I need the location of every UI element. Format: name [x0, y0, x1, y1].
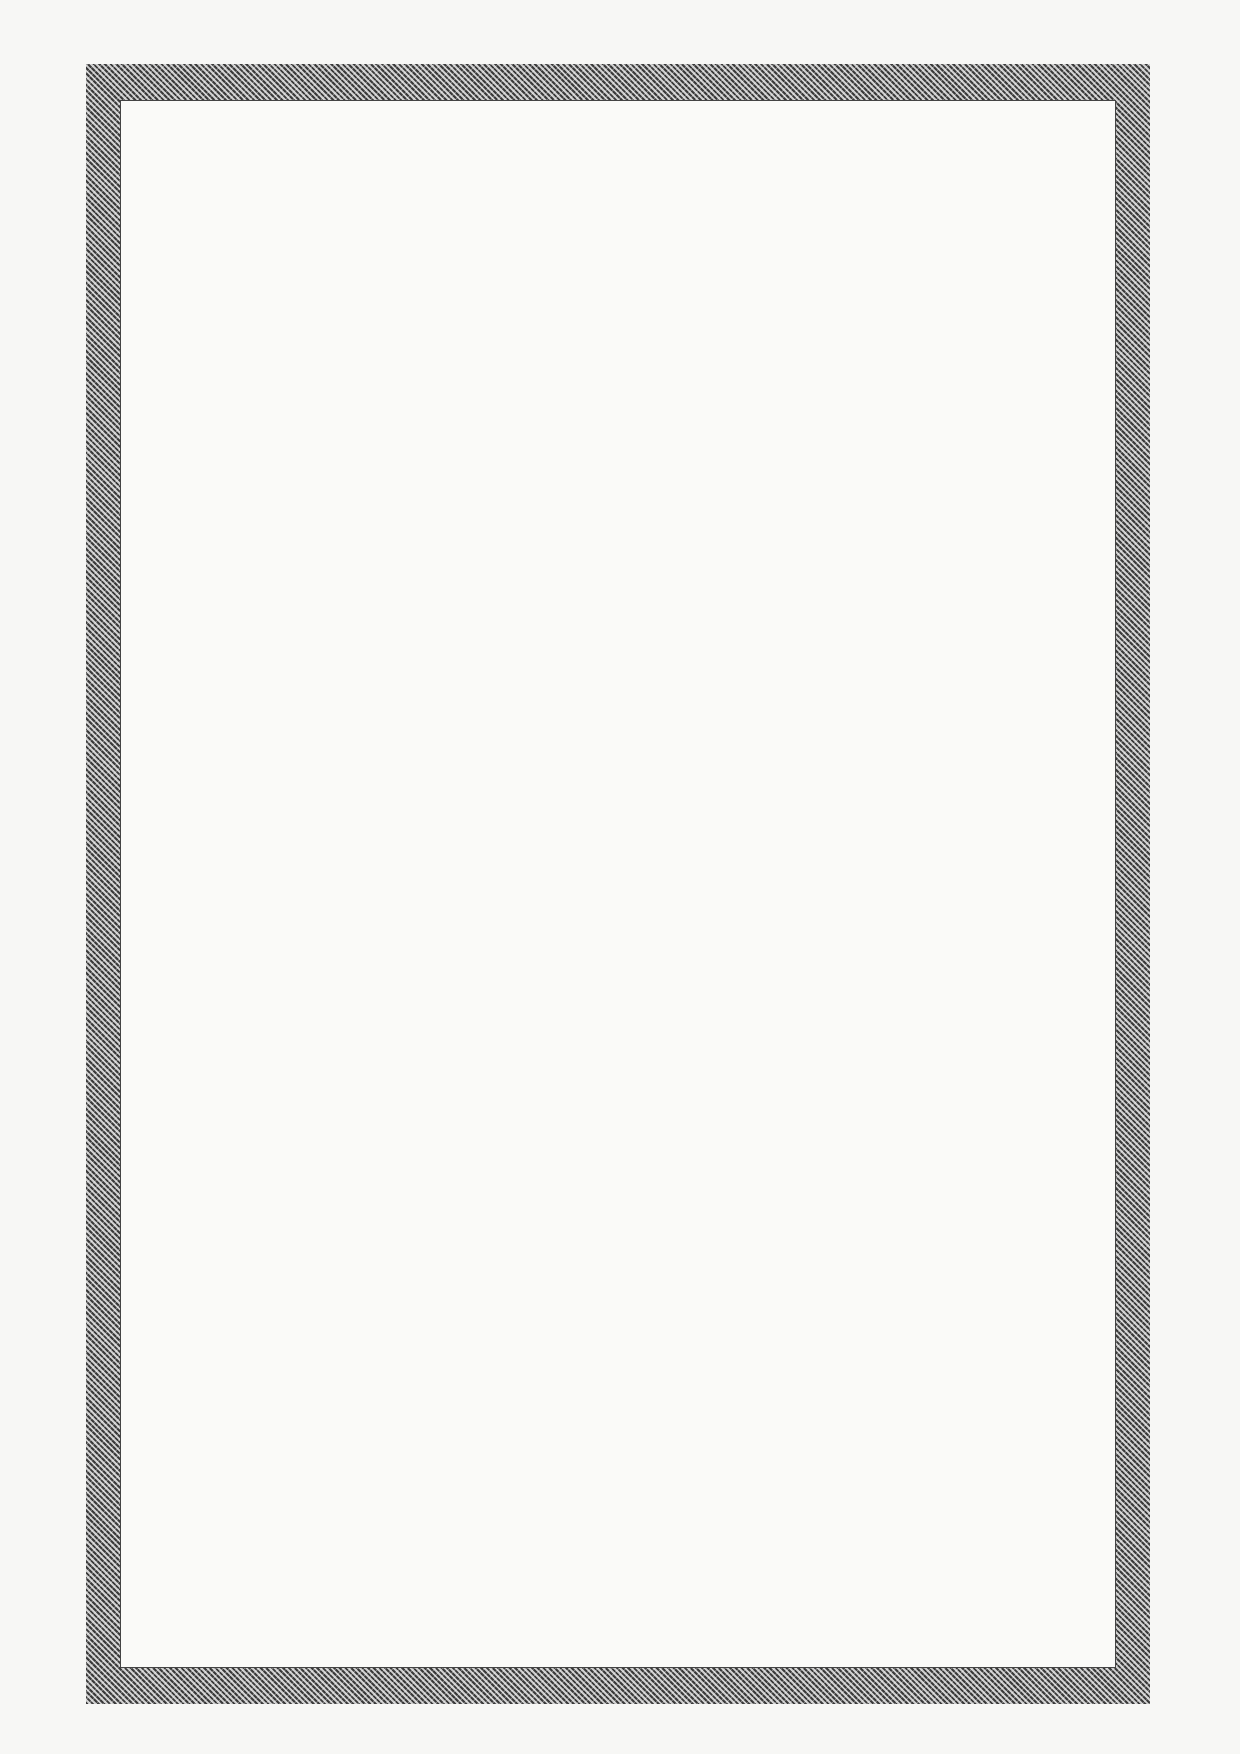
ornamental-border [86, 64, 1150, 1704]
page-inner-area [120, 100, 1116, 1668]
